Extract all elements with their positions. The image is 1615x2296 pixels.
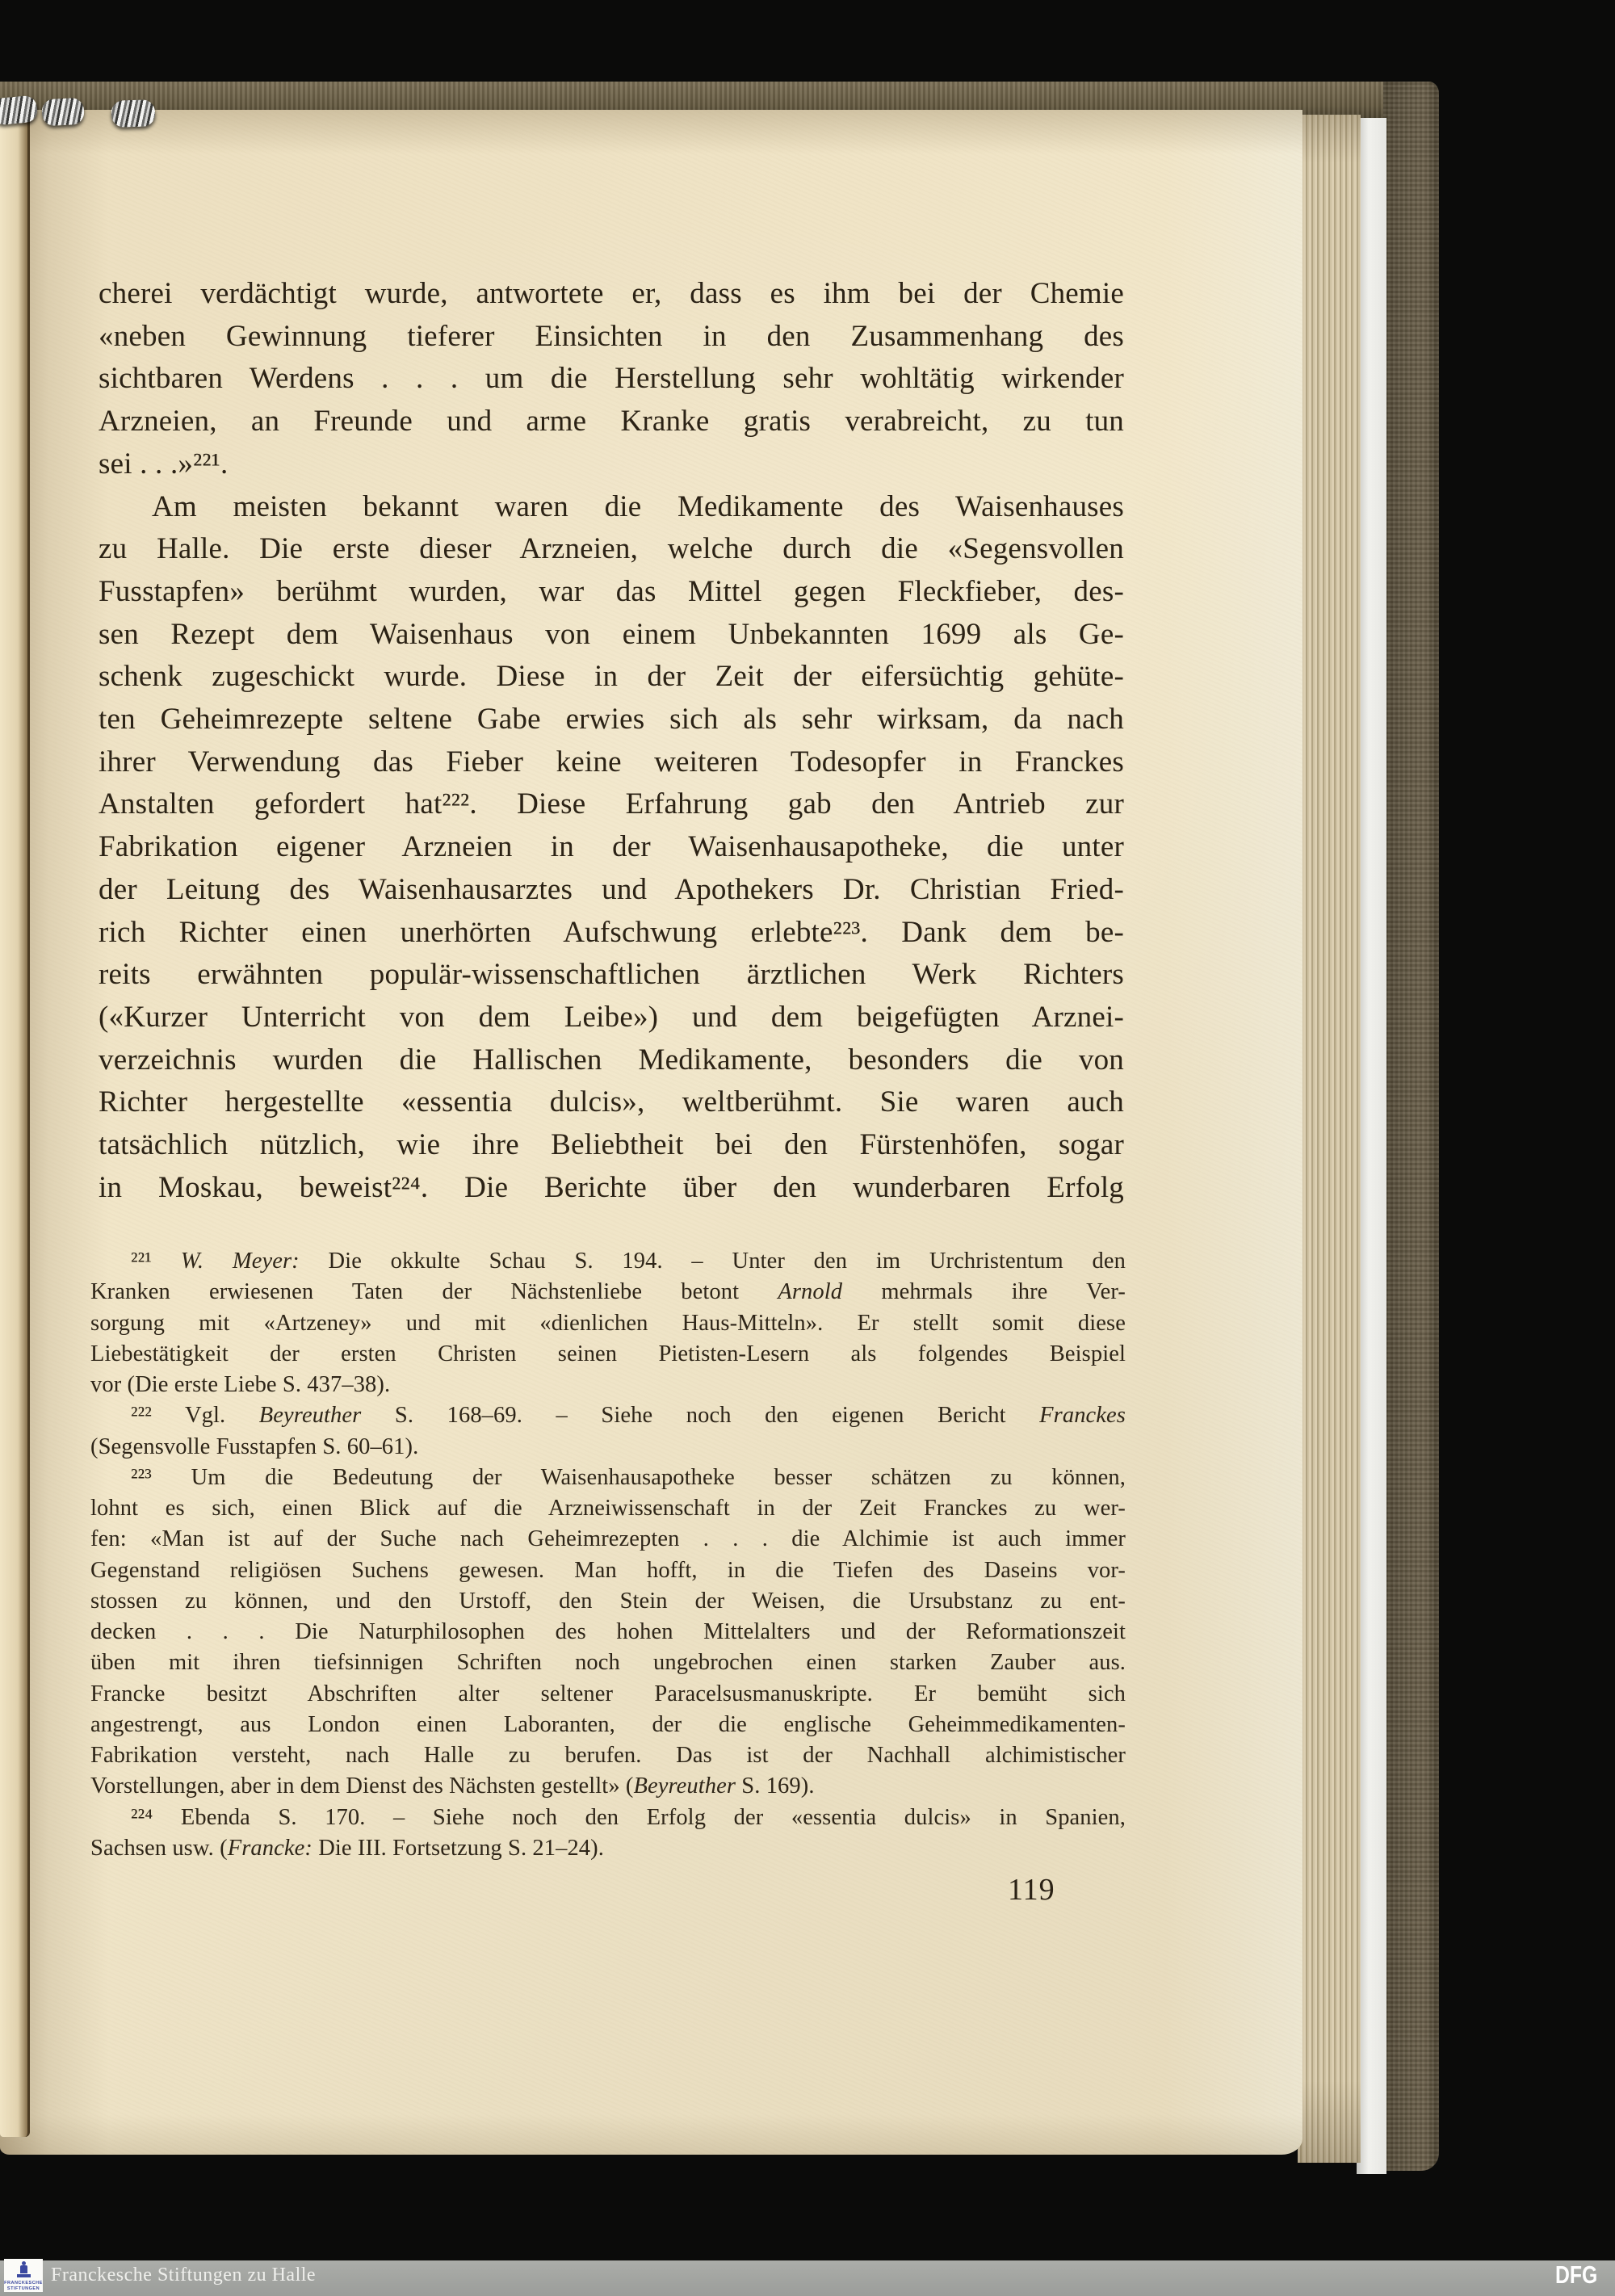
text-line: («Kurzer Unterricht von dem Leibe») und … [99, 997, 1124, 1039]
text-line: schenk zugeschickt wurde. Diese in der Z… [99, 656, 1124, 699]
page-block-edges [1298, 115, 1361, 2163]
footnote-line: fen: «Man ist auf der Suche nach Geheimr… [90, 1524, 1126, 1555]
footnote-line: ²²² Vgl. Beyreuther S. 168–69. – Siehe n… [90, 1400, 1126, 1431]
footnote-line: Gegenstand religiösen Suchens gewesen. M… [90, 1555, 1126, 1586]
text-line: in Moskau, beweist²²⁴. Die Berichte über… [99, 1167, 1124, 1210]
text-line: cherei verdächtigt wurde, antwortete er,… [99, 273, 1124, 316]
footnote-line: üben mit ihren tiefsinnigen Schriften no… [90, 1647, 1126, 1678]
text-line: sei . . .»²²¹. [99, 443, 1124, 486]
text-line: tatsächlich nützlich, wie ihre Beliebthe… [99, 1124, 1124, 1167]
footnote-line: Fabrikation versteht, nach Halle zu beru… [90, 1740, 1126, 1771]
footnote-line: Liebestätigkeit der ersten Christen sein… [90, 1339, 1126, 1370]
text-line: reits erwähnten populär-wissenschaftlich… [99, 954, 1124, 997]
text-line: «neben Gewinnung tieferer Einsichten in … [99, 316, 1124, 359]
footnote-line: vor (Die erste Liebe S. 437–38). [90, 1370, 1126, 1400]
footnote-line: ²²¹ W. Meyer: Die okkulte Schau S. 194. … [90, 1246, 1126, 1277]
library-name-label: Franckesche Stiftungen zu Halle [51, 2265, 316, 2286]
endpaper-edge [1357, 118, 1386, 2174]
footnote-line: Sachsen usw. (Francke: Die III. Fortsetz… [90, 1833, 1126, 1864]
text-line: Fabrikation eigener Arzneien in der Wais… [99, 826, 1124, 869]
text-line: verzeichnis wurden die Hallischen Medika… [99, 1039, 1124, 1082]
dfg-logo: DFG [1555, 2260, 1597, 2290]
text-line: Am meisten bekannt waren die Medikamente… [99, 486, 1124, 529]
text-line: zu Halle. Die erste dieser Arzneien, wel… [99, 528, 1124, 571]
footnote-line: Francke besitzt Abschriften alter selten… [90, 1679, 1126, 1710]
footnotes: ²²¹ W. Meyer: Die okkulte Schau S. 194. … [90, 1246, 1126, 1864]
binding-clip-icon [111, 99, 155, 128]
logo-caption-line2: STIFTUNGEN [7, 2286, 40, 2291]
gutter-page-edge [0, 110, 30, 2137]
binding-clip-icon [41, 98, 85, 127]
footnote-line: angestrengt, aus London einen Laboranten… [90, 1710, 1126, 1740]
book-scan: cherei verdächtigt wurde, antwortete er,… [0, 0, 1615, 2296]
text-line: der Leitung des Waisenhausarztes und Apo… [99, 869, 1124, 912]
text-line: sen Rezept dem Waisenhaus von einem Unbe… [99, 614, 1124, 657]
logo-caption-line1: FRANCKESCHE [4, 2281, 43, 2286]
text-line: ihrer Verwendung das Fieber keine weiter… [99, 741, 1124, 784]
text-line: Anstalten gefordert hat²²². Diese Erfahr… [99, 783, 1124, 826]
footnote-line: ²²³ Um die Bedeutung der Waisenhausapoth… [90, 1463, 1126, 1493]
text-line: Richter hergestellte «essentia dulcis», … [99, 1081, 1124, 1124]
footnote-line: decken . . . Die Naturphilosophen des ho… [90, 1617, 1126, 1647]
text-line: ten Geheimrezepte seltene Gabe erwies si… [99, 699, 1124, 741]
text-line: Arzneien, an Freunde und arme Kranke gra… [99, 401, 1124, 443]
page-number: 119 [1008, 1872, 1055, 1908]
text-line: rich Richter einen unerhörten Aufschwung… [99, 912, 1124, 955]
footnote-line: Vorstellungen, aber in dem Dienst des Nä… [90, 1771, 1126, 1802]
footnote-line: lohnt es sich, einen Blick auf die Arzne… [90, 1493, 1126, 1524]
text-line: Fusstapfen» berühmt wurden, war das Mitt… [99, 571, 1124, 614]
book-cover-right-edge [1383, 82, 1439, 2171]
footnote-line: (Segensvolle Fusstapfen S. 60–61). [90, 1432, 1126, 1463]
footnote-line: ²²⁴ Ebenda S. 170. – Siehe noch den Erfo… [90, 1803, 1126, 1833]
text-line: sichtbaren Werdens . . . um die Herstell… [99, 358, 1124, 401]
franckesche-stiftungen-logo: FRANCKESCHE STIFTUNGEN [4, 2259, 43, 2292]
footnote-line: Kranken erwiesenen Taten der Nächstenlie… [90, 1277, 1126, 1308]
franckesche-logo-icon [17, 2261, 30, 2277]
footnote-line: stossen zu können, und den Urstoff, den … [90, 1586, 1126, 1617]
main-text: cherei verdächtigt wurde, antwortete er,… [99, 273, 1124, 1209]
footnote-line: sorgung mit «Artzeney» und mit «dienlich… [90, 1308, 1126, 1339]
logo-caption: FRANCKESCHE STIFTUNGEN [4, 2281, 43, 2291]
